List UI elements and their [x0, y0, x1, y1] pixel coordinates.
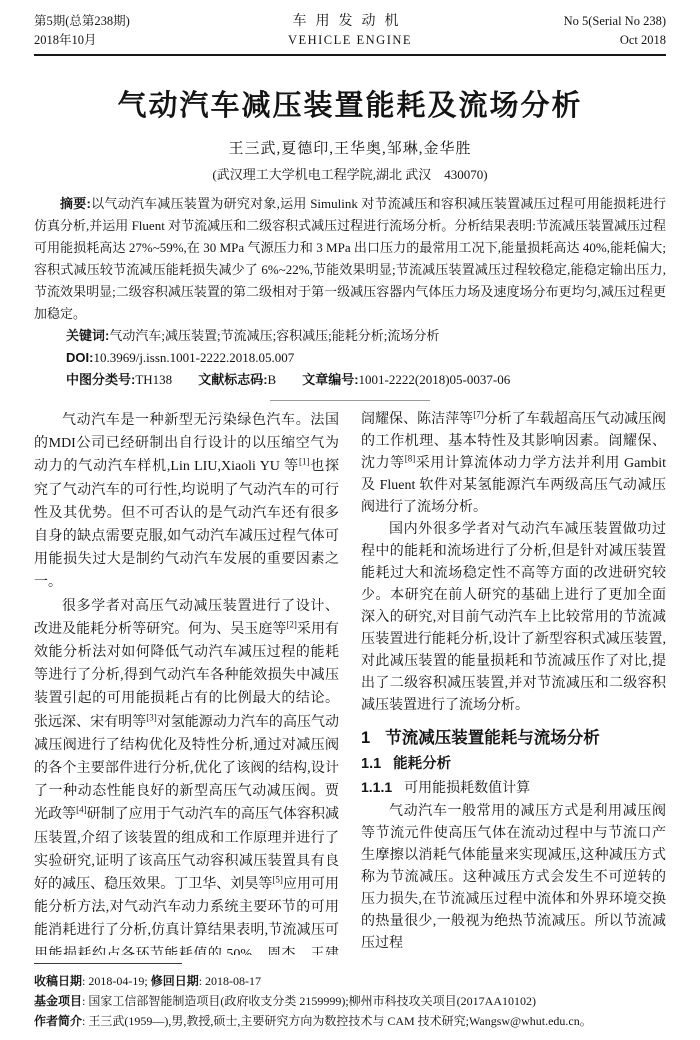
- abstract-body-divider: [270, 400, 430, 401]
- journal-page: 第5期(总第238期) 2018年10月 车用发动机 VEHICLE ENGIN…: [0, 0, 700, 1040]
- doi-value: 10.3969/j.issn.1001-2222.2018.05.007: [93, 350, 294, 365]
- header-rule: [34, 54, 666, 56]
- author-bio-value: : 王三武(1959—),男,教授,硕士,主要研究方向为数控技术与 CAM 技术…: [82, 1014, 592, 1028]
- body-paragraph: 很多学者对高压气动减压装置进行了设计、改进及能耗分析等研究。何为、吴玉庭等[2]…: [34, 595, 339, 955]
- section-title: 节流减压装置能耗与流场分析: [385, 729, 600, 747]
- left-column: 气动汽车是一种新型无污染绿色汽车。法国的MDI公司已经研制出自行设计的以压缩空气…: [34, 409, 339, 955]
- body-paragraph: 气动汽车一般常用的减压方式是利用减压阀等节流元件使高压气体在流动过程中与节流口产…: [361, 801, 666, 955]
- clc-label: 中图分类号:: [66, 372, 135, 387]
- received-date-label: 收稿日期: [34, 974, 82, 988]
- issue-number: 第5期(总第238期): [34, 12, 214, 31]
- body-paragraph: 国内外很多学者对气动汽车减压装置做功过程中的能耗和流场进行了分析,但是针对减压装…: [361, 519, 666, 717]
- journal-header: 第5期(总第238期) 2018年10月 车用发动机 VEHICLE ENGIN…: [34, 12, 666, 50]
- section-number: 1.1: [361, 756, 381, 772]
- doi-line: DOI:10.3969/j.issn.1001-2222.2018.05.007: [34, 347, 666, 369]
- author-list: 王三武,夏德印,王华奥,邹琳,金华胜: [34, 141, 666, 157]
- footnote-block: 收稿日期: 2018-04-19; 修回日期: 2018-08-17 基金项目:…: [34, 963, 666, 1031]
- keywords-text: 气动汽车;减压装置;节流减压;容积减压;能耗分析;流场分析: [109, 328, 439, 343]
- dates-footnote: 收稿日期: 2018-04-19; 修回日期: 2018-08-17: [34, 971, 666, 991]
- section-heading-1: 1节流减压装置能耗与流场分析: [361, 728, 666, 748]
- journal-name-en: VEHICLE ENGINE: [214, 31, 486, 50]
- affiliation: (武汉理工大学机电工程学院,湖北 武汉 430070): [34, 168, 666, 182]
- issue-date: 2018年10月: [34, 31, 214, 50]
- header-journal-block: 车用发动机 VEHICLE ENGINE: [214, 12, 486, 50]
- section-number: 1.1.1: [361, 779, 392, 795]
- classification-line: 中图分类号:TH138文献标志码:B文章编号:1001-2222(2018)05…: [34, 369, 666, 391]
- keywords-line: 关键词:气动汽车;减压装置;节流减压;容积减压;能耗分析;流场分析: [34, 325, 666, 347]
- author-bio-label: 作者简介: [34, 1014, 82, 1028]
- article-id-value: 1001-2222(2018)05-0037-06: [359, 372, 511, 387]
- publication-date: Oct 2018: [486, 31, 666, 50]
- header-serial-block: No 5(Serial No 238) Oct 2018: [486, 12, 666, 50]
- received-date-value: : 2018-04-19;: [82, 974, 151, 988]
- section-heading-1-1-1: 1.1.1可用能损耗数值计算: [361, 777, 666, 799]
- header-issue-block: 第5期(总第238期) 2018年10月: [34, 12, 214, 50]
- funding-label: 基金项目: [34, 994, 82, 1008]
- revised-date-label: 修回日期: [151, 974, 199, 988]
- article-id-label: 文章编号:: [302, 372, 358, 387]
- doc-code-value: B: [268, 372, 277, 387]
- abstract-label: 摘要:: [60, 196, 91, 211]
- body-paragraph: 訚耀保、陈洁萍等[7]分析了车载超高压气动减压阀的工作机理、基本特性及其影响因素…: [361, 409, 666, 519]
- funding-value: : 国家工信部智能制造项目(政府收支分类 2159999);柳州市科技攻关项目(…: [82, 994, 536, 1008]
- author-bio-footnote: 作者简介: 王三武(1959—),男,教授,硕士,主要研究方向为数控技术与 CA…: [34, 1011, 666, 1031]
- section-number: 1: [361, 729, 370, 747]
- section-heading-1-1: 1.1能耗分析: [361, 755, 666, 774]
- paper-title: 气动汽车减压装置能耗及流场分析: [34, 90, 666, 122]
- journal-name-cn: 车用发动机: [214, 12, 486, 31]
- doi-label: DOI:: [66, 350, 93, 365]
- body-columns: 气动汽车是一种新型无污染绿色汽车。法国的MDI公司已经研制出自行设计的以压缩空气…: [34, 409, 666, 955]
- abstract: 摘要:以气动汽车减压装置为研究对象,运用 Simulink 对节流减压和容积减压…: [34, 193, 666, 325]
- serial-number: No 5(Serial No 238): [486, 12, 666, 31]
- doc-code-label: 文献标志码:: [198, 372, 267, 387]
- funding-footnote: 基金项目: 国家工信部智能制造项目(政府收支分类 2159999);柳州市科技攻…: [34, 991, 666, 1011]
- revised-date-value: : 2018-08-17: [199, 974, 261, 988]
- right-column: 訚耀保、陈洁萍等[7]分析了车载超高压气动减压阀的工作机理、基本特性及其影响因素…: [361, 409, 666, 955]
- abstract-text: 以气动汽车减压装置为研究对象,运用 Simulink 对节流减压和容积减压装置减…: [34, 196, 666, 321]
- clc-value: TH138: [135, 372, 172, 387]
- section-title: 能耗分析: [393, 756, 451, 772]
- body-paragraph: 气动汽车是一种新型无污染绿色汽车。法国的MDI公司已经研制出自行设计的以压缩空气…: [34, 409, 339, 595]
- footnote-rule: [34, 963, 182, 964]
- section-title: 可用能损耗数值计算: [404, 781, 530, 796]
- keywords-label: 关键词:: [66, 328, 109, 343]
